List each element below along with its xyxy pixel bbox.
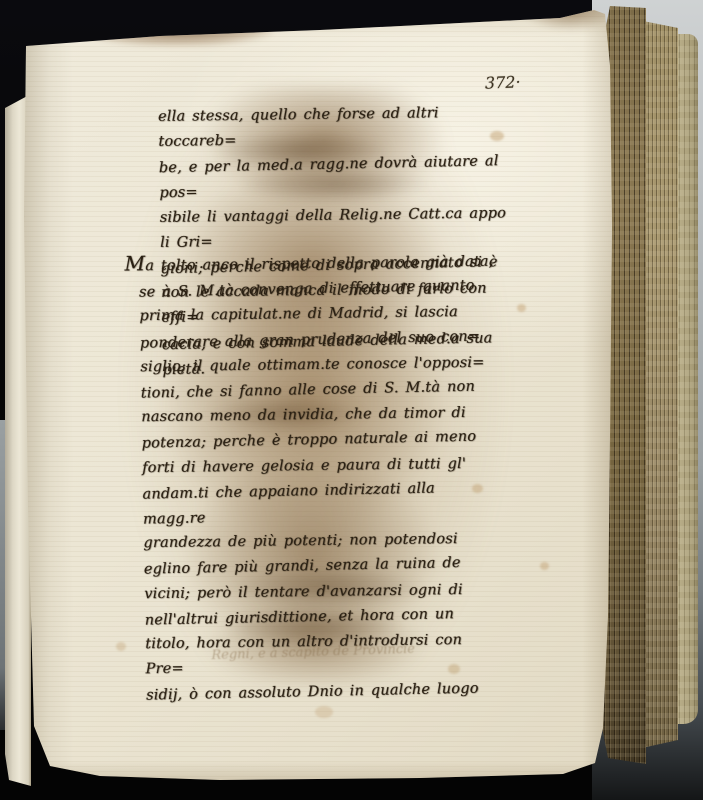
manuscript-page: 372· ella stessa, quello che forse ad al… <box>20 6 612 784</box>
paragraph-2: Ma tolto anco il rispetto della parola g… <box>124 246 502 709</box>
manuscript-line: be, e per la med.a ragg.ne dovrà aiutare… <box>159 149 508 207</box>
manuscript-line: ella stessa, quello che forse ad altri t… <box>158 100 507 155</box>
manuscript-text: ella stessa, quello che forse ad altri t… <box>18 0 623 786</box>
manuscript-line: sidij, ò con assoluto Dnio in qualche lu… <box>146 677 502 710</box>
manuscript-line: andam.ti che appaiano indirizzati alla m… <box>142 475 499 533</box>
manuscript-photo: 372· ella stessa, quello che forse ad al… <box>0 0 703 800</box>
